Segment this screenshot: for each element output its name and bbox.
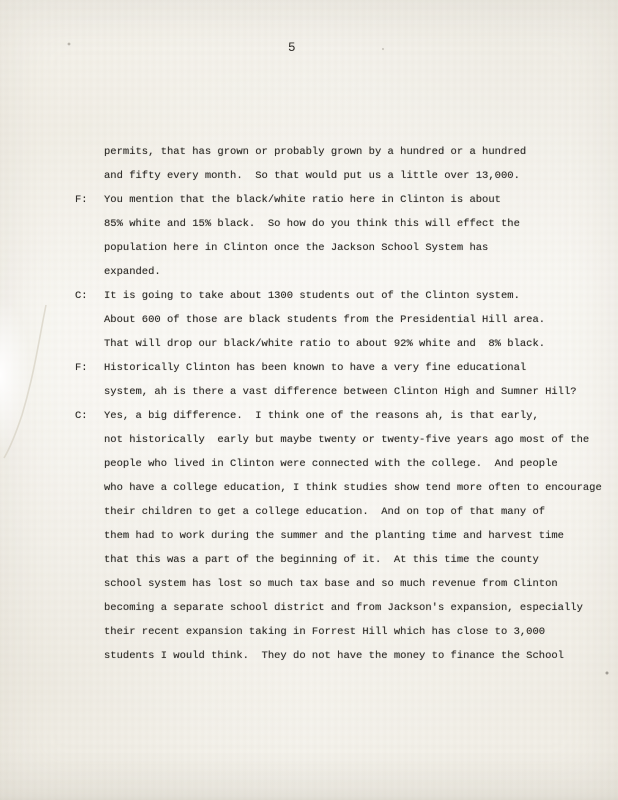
transcript-line: them had to work during the summer and t…: [104, 524, 610, 548]
paper-crease-line: [4, 305, 46, 458]
transcript-paragraph: F:You mention that the black/white ratio…: [75, 188, 610, 284]
transcript-paragraph: C:Yes, a big difference. I think one of …: [75, 404, 610, 668]
transcript-line: school system has lost so much tax base …: [104, 572, 610, 596]
transcript-line: permits, that has grown or probably grow…: [104, 140, 610, 164]
transcript-line: students I would think. They do not have…: [104, 644, 610, 668]
transcript-paragraph: F:Historically Clinton has been known to…: [75, 356, 610, 404]
paragraph-lines: You mention that the black/white ratio h…: [104, 188, 610, 284]
speaker-label: C:: [75, 284, 104, 356]
transcript-line: that this was a part of the beginning of…: [104, 548, 610, 572]
transcript-line: About 600 of those are black students fr…: [104, 308, 610, 332]
transcript-line: not historically early but maybe twenty …: [104, 428, 610, 452]
paper-speck: [68, 43, 71, 46]
transcript: permits, that has grown or probably grow…: [75, 140, 610, 668]
transcript-line: their children to get a college educatio…: [104, 500, 610, 524]
paper-speck: [606, 672, 609, 675]
transcript-line: Historically Clinton has been known to h…: [104, 356, 610, 380]
page-number: 5: [288, 41, 296, 55]
transcript-line: becoming a separate school district and …: [104, 596, 610, 620]
paragraph-lines: permits, that has grown or probably grow…: [104, 140, 610, 188]
transcript-line: You mention that the black/white ratio h…: [104, 188, 610, 212]
paragraph-lines: Yes, a big difference. I think one of th…: [104, 404, 610, 668]
transcript-line: their recent expansion taking in Forrest…: [104, 620, 610, 644]
transcript-line: people who lived in Clinton were connect…: [104, 452, 610, 476]
transcript-line: who have a college education, I think st…: [104, 476, 610, 500]
transcript-line: and fifty every month. So that would put…: [104, 164, 610, 188]
transcript-line: 85% white and 15% black. So how do you t…: [104, 212, 610, 236]
paper-speck: [382, 48, 384, 50]
speaker-label: F:: [75, 188, 104, 284]
transcript-paragraph: C:It is going to take about 1300 student…: [75, 284, 610, 356]
speaker-label: [75, 140, 104, 188]
transcript-line: expanded.: [104, 260, 610, 284]
transcript-paragraph: permits, that has grown or probably grow…: [75, 140, 610, 188]
transcript-line: system, ah is there a vast difference be…: [104, 380, 610, 404]
speaker-label: C:: [75, 404, 104, 668]
speaker-label: F:: [75, 356, 104, 404]
paragraph-lines: Historically Clinton has been known to h…: [104, 356, 610, 404]
transcript-line: population here in Clinton once the Jack…: [104, 236, 610, 260]
paper-fold-highlight: [0, 268, 52, 483]
document-page: 5 permits, that has grown or probably gr…: [0, 0, 618, 800]
transcript-line: That will drop our black/white ratio to …: [104, 332, 610, 356]
transcript-line: It is going to take about 1300 students …: [104, 284, 610, 308]
transcript-line: Yes, a big difference. I think one of th…: [104, 404, 610, 428]
paragraph-lines: It is going to take about 1300 students …: [104, 284, 610, 356]
